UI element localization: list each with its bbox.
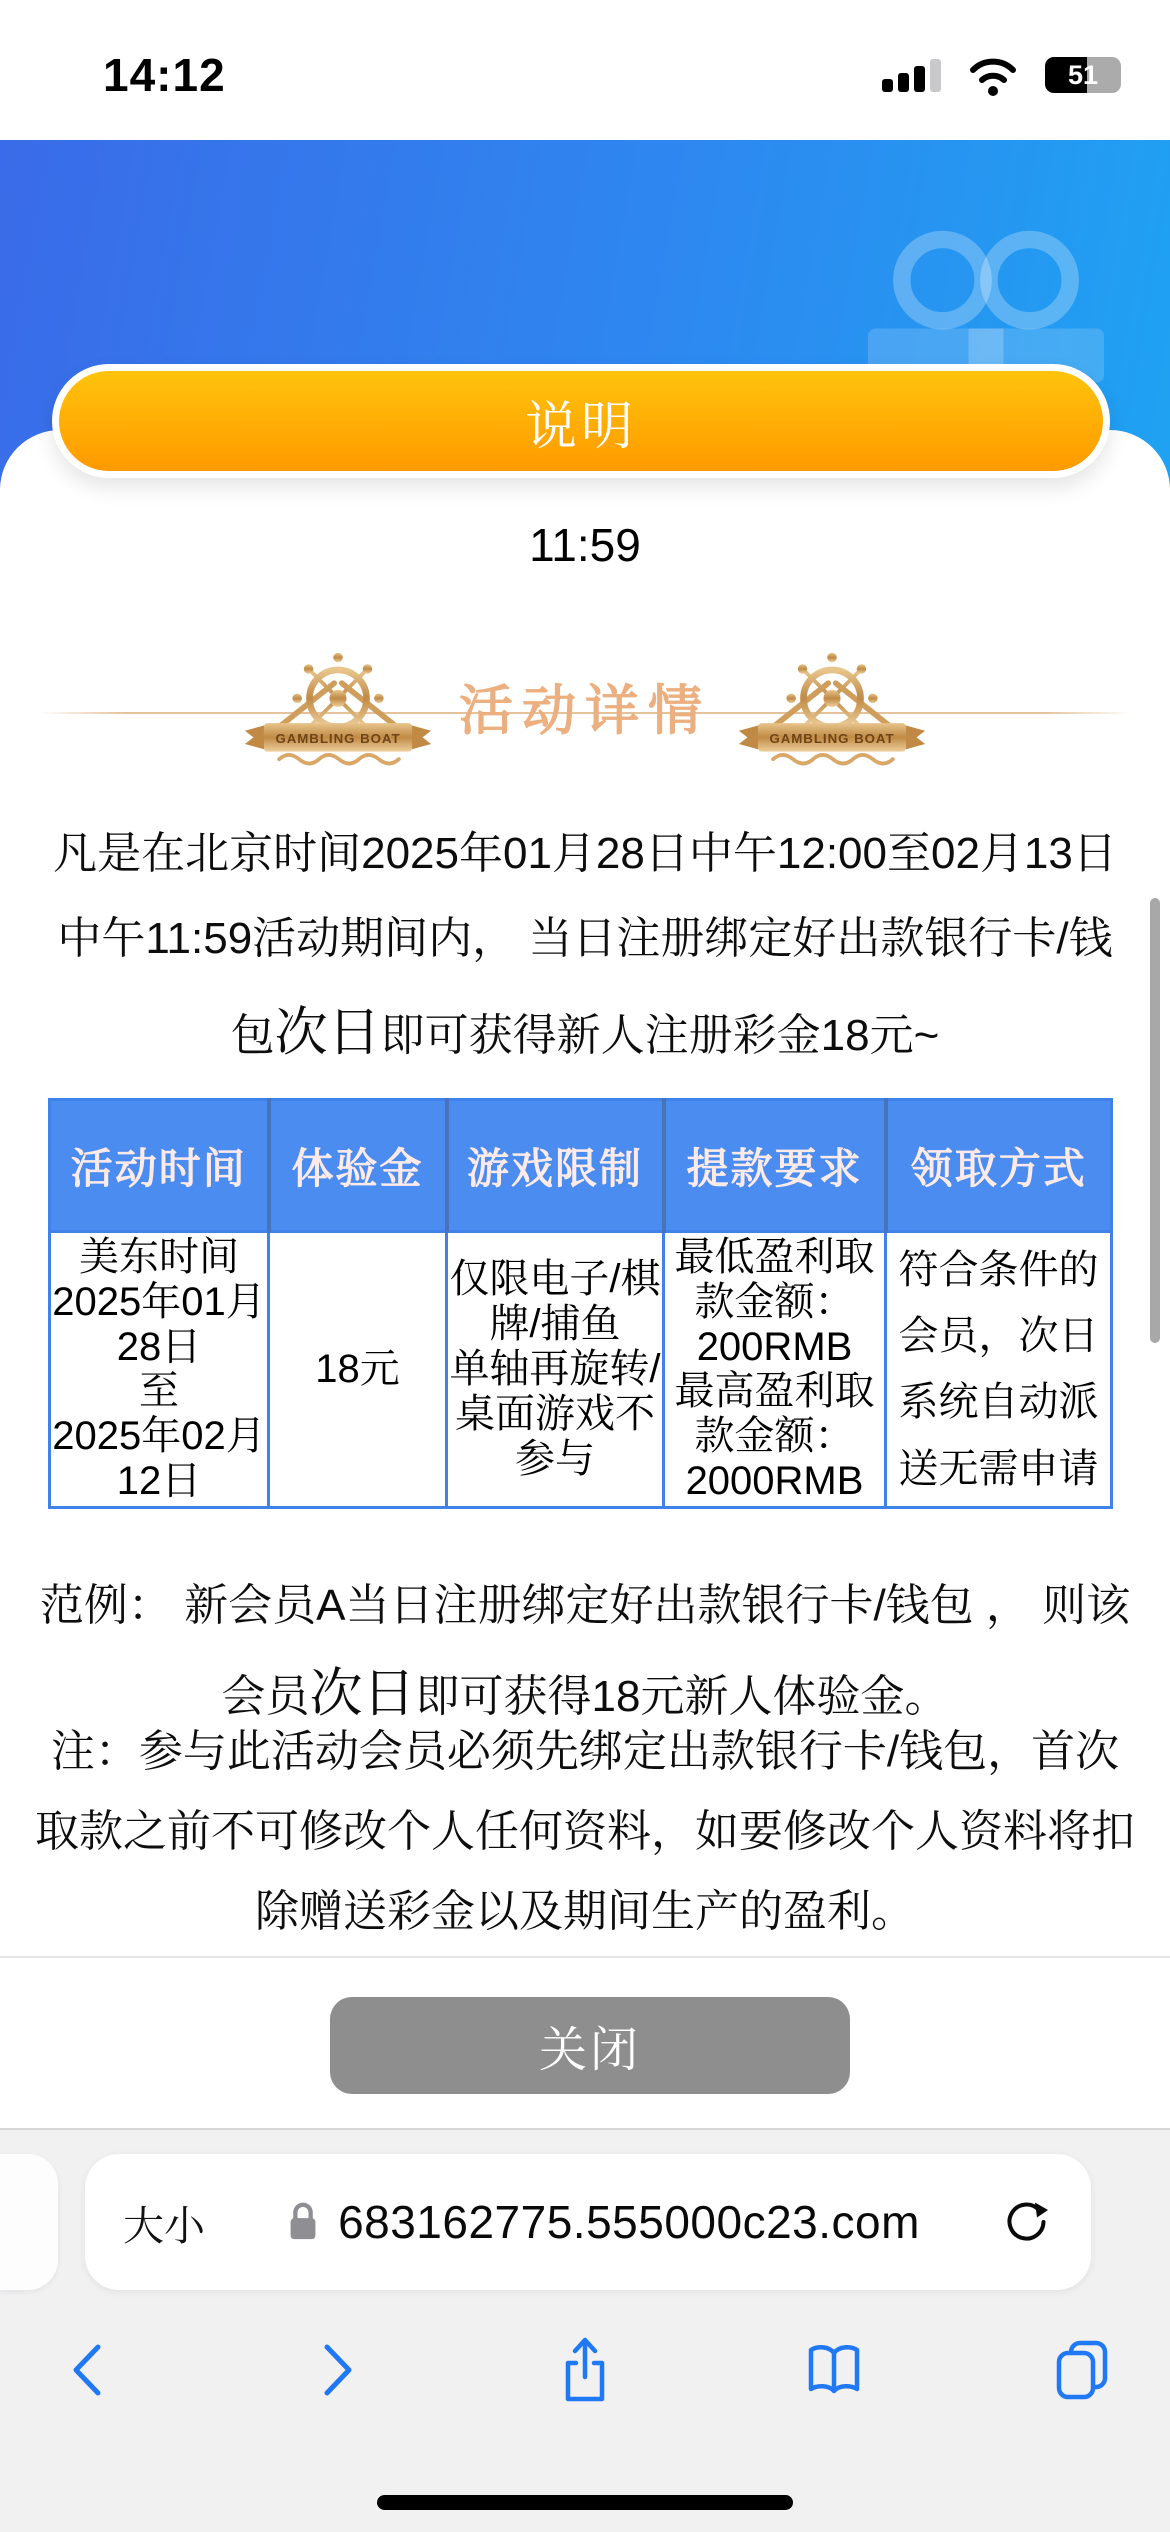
col-header-game-limit: 游戏限制	[447, 1100, 664, 1232]
tabs-button[interactable]	[1049, 2337, 1115, 2403]
scrollbar-thumb[interactable]	[1150, 898, 1160, 1343]
cell-bonus: 18元	[269, 1232, 447, 1508]
reload-button[interactable]	[997, 2194, 1053, 2250]
col-header-bonus: 体验金	[269, 1100, 447, 1232]
note-paragraph: 注：参与此活动会员必须先绑定出款银行卡/钱包，首次取款之前不可修改个人任何资料，…	[35, 1712, 1135, 1952]
table-header-row: 活动时间 体验金 游戏限制 提款要求 领取方式	[50, 1100, 1112, 1232]
ship-wheel-emblem-left-icon: GAMBLING BOAT	[243, 643, 433, 769]
navigation-toolbar	[0, 2310, 1170, 2430]
status-bar: 14:12 51	[0, 0, 1170, 140]
reload-icon	[999, 2196, 1051, 2248]
adjacent-tab-peek[interactable]	[0, 2154, 58, 2290]
col-header-withdraw-req: 提款要求	[664, 1100, 886, 1232]
cellular-signal-icon	[882, 58, 941, 92]
countdown-time: 11:59	[0, 518, 1170, 572]
forward-chevron-icon	[311, 2337, 363, 2403]
forward-button[interactable]	[304, 2337, 370, 2403]
cell-claim-method: 符合条件的 会员，次日 系统自动派 送无需申请	[886, 1232, 1112, 1508]
address-bar[interactable]: 大小 683162775.555000c23.com	[85, 2154, 1091, 2290]
bookmarks-button[interactable]	[801, 2337, 867, 2403]
col-header-activity-time: 活动时间	[50, 1100, 269, 1232]
safari-screen: 14:12 51 注册领18元体验金 说明 11:5	[0, 0, 1170, 2532]
cell-game-limit: 仅限电子/棋 牌/捕鱼 单轴再旋转/ 桌面游戏不 参与	[447, 1232, 664, 1508]
cell-withdraw-req: 最低盈利取 款金额： 200RMB 最高盈利取 款金额： 2000RMB	[664, 1232, 886, 1508]
promo-table: 活动时间 体验金 游戏限制 提款要求 领取方式 美东时间 2025年01月 28…	[48, 1098, 1113, 1509]
home-indicator[interactable]	[377, 2495, 793, 2510]
battery-indicator: 51	[1045, 57, 1108, 93]
cell-activity-time: 美东时间 2025年01月 28日 至 2025年02月 12日	[50, 1232, 269, 1508]
section-header: GAMBLING BOAT 活动详情	[0, 640, 1170, 772]
intro-paragraph: 凡是在北京时间2025年01月28日中午12:00至02月13日中午11:59活…	[47, 812, 1123, 1084]
col-header-claim-method: 领取方式	[886, 1100, 1112, 1232]
close-button[interactable]: 关闭	[330, 1997, 850, 2094]
ship-wheel-emblem-right-icon: GAMBLING BOAT	[737, 643, 927, 769]
bookmarks-book-icon	[801, 2337, 867, 2403]
font-size-button[interactable]: 大小	[123, 2193, 205, 2252]
url-text: 683162775.555000c23.com	[338, 2195, 920, 2249]
share-icon	[552, 2335, 618, 2405]
bottom-divider	[0, 1956, 1170, 1958]
explain-button[interactable]: 说明	[52, 364, 1110, 478]
intro-highlight: 次日	[275, 1003, 381, 1062]
safari-toolbar: 大小 683162775.555000c23.com	[0, 2128, 1170, 2532]
back-chevron-icon	[62, 2337, 114, 2403]
section-title: 活动详情	[459, 668, 711, 745]
intro-text-end: 即可获得新人注册彩金18元~	[381, 1011, 940, 1060]
emblem-banner-text: GAMBLING BOAT	[769, 731, 894, 746]
lock-icon	[282, 2198, 324, 2246]
wifi-icon	[963, 52, 1023, 98]
battery-percent: 51	[1068, 60, 1098, 91]
status-time: 14:12	[103, 48, 226, 102]
emblem-banner-text: GAMBLING BOAT	[275, 731, 400, 746]
status-icons: 51	[882, 52, 1108, 98]
tabs-icon	[1049, 2337, 1115, 2403]
share-button[interactable]	[552, 2337, 618, 2403]
table-data-row: 美东时间 2025年01月 28日 至 2025年02月 12日 18元 仅限电…	[50, 1232, 1112, 1508]
back-button[interactable]	[55, 2337, 121, 2403]
url-group: 683162775.555000c23.com	[205, 2195, 997, 2249]
